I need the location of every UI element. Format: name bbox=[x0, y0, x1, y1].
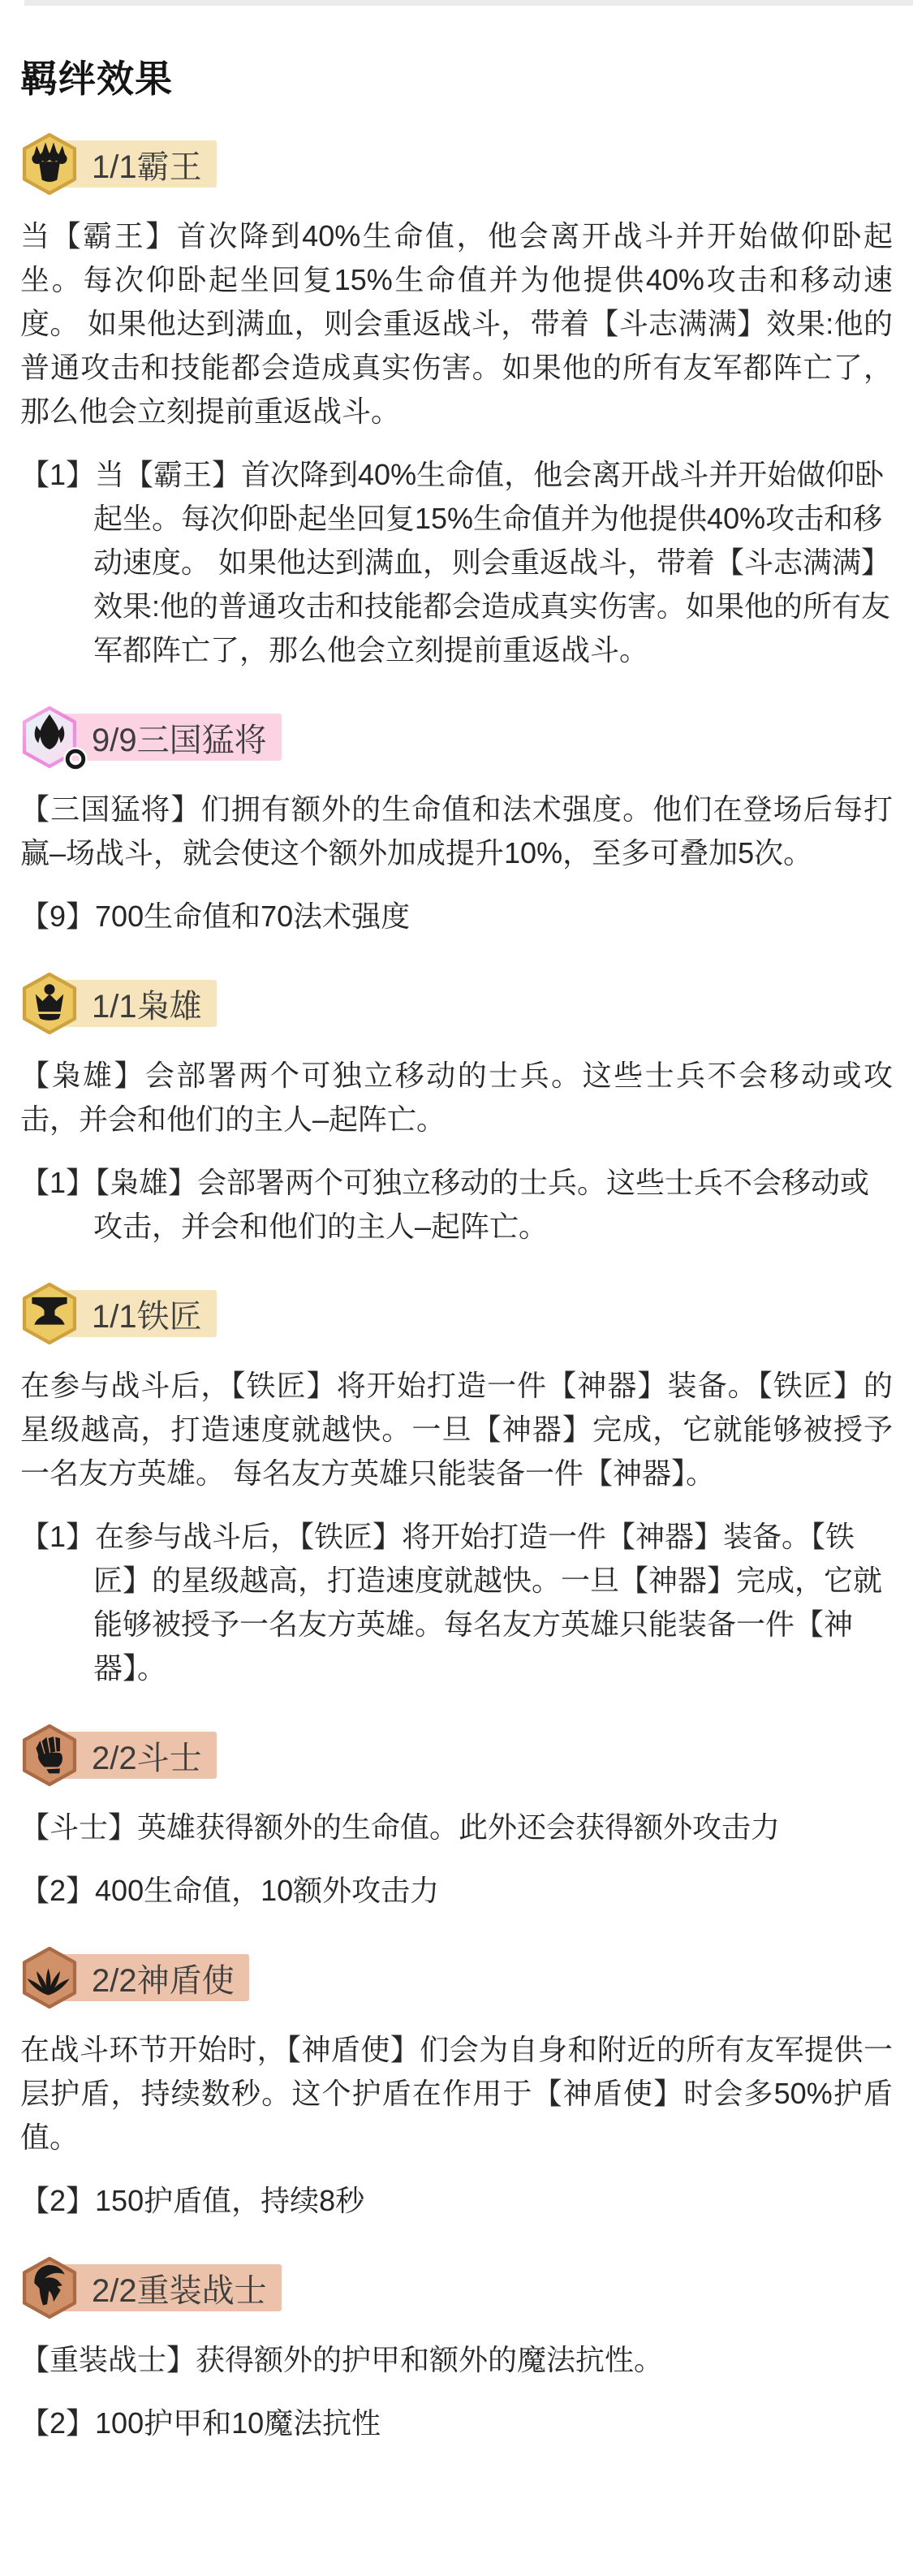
trait-section-tiejiang: 1/1铁匠 在参与战斗后，【铁匠】将开始打造一件【神器】装备。【铁匠】的星级越高… bbox=[20, 1281, 893, 1690]
trait-section-xiaoxiong: 1/1枭雄 【枭雄】会部署两个可独立移动的士兵。这些士兵不会移动或攻击，并会和他… bbox=[20, 971, 893, 1249]
trait-section-doushi: 2/2斗士 【斗士】英雄获得额外的生命值。此外还会获得额外攻击力 【2】400生… bbox=[20, 1723, 893, 1913]
trait-badge-label: 9/9三国猛将 bbox=[56, 714, 282, 761]
bronze-hex-badge bbox=[20, 2256, 79, 2319]
trait-badge: 1/1霸王 bbox=[20, 132, 893, 196]
trait-section-sanguo: 9/9三国猛将 【三国猛将】们拥有额外的生命值和法术强度。他们在登场后每打赢–场… bbox=[20, 705, 893, 938]
breakpoint-text: 150护盾值，持续8秒 bbox=[95, 2184, 364, 2217]
trait-badge: 2/2神盾使 bbox=[20, 1945, 893, 2010]
breakpoint-marker: 【1】 bbox=[20, 1520, 95, 1553]
trait-description: 当【霸王】首次降到40%生命值，他会离开战斗并开始做仰卧起坐。每次仰卧起坐回复1… bbox=[20, 214, 893, 434]
chromatic-ring-icon bbox=[62, 746, 88, 772]
breakpoint-text: 700生命值和70法术强度 bbox=[95, 900, 410, 933]
trait-badge: 1/1枭雄 bbox=[20, 971, 893, 1036]
bronze-hex-badge bbox=[20, 1946, 79, 2009]
page-content: 羁绊效果 bbox=[0, 57, 913, 2445]
trait-section-shendunshi: 2/2神盾使 在战斗环节开始时，【神盾使】们会为自身和附近的所有友军提供一层护盾… bbox=[20, 1945, 893, 2223]
breakpoint-text: 100护甲和10魔法抗性 bbox=[95, 2406, 381, 2440]
breakpoint-text: 当【霸王】首次降到40%生命值，他会离开战斗并开始做仰卧起坐。每次仰卧起坐回复1… bbox=[93, 458, 890, 667]
trait-badge: 2/2斗士 bbox=[20, 1723, 893, 1788]
trait-badge-label: 2/2重装战士 bbox=[56, 2264, 282, 2311]
trait-badge-label: 2/2神盾使 bbox=[56, 1954, 249, 2001]
page-title: 羁绊效果 bbox=[20, 57, 893, 101]
trait-breakpoint: 【1】【枭雄】会部署两个可独立移动的士兵。这些士兵不会移动或攻击，并会和他们的主… bbox=[20, 1161, 893, 1249]
trait-breakpoint: 【1】当【霸王】首次降到40%生命值，他会离开战斗并开始做仰卧起坐。每次仰卧起坐… bbox=[20, 453, 893, 672]
gold-hex-badge bbox=[20, 1282, 79, 1345]
trait-description: 【斗士】英雄获得额外的生命值。此外还会获得额外攻击力 bbox=[20, 1806, 893, 1849]
prismatic-hex-badge bbox=[20, 705, 79, 769]
gold-hex-badge bbox=[20, 132, 79, 196]
trait-description: 【枭雄】会部署两个可独立移动的士兵。这些士兵不会移动或攻击，并会和他们的主人–起… bbox=[20, 1054, 893, 1141]
trait-section-zhongzhuang: 2/2重装战士 【重装战士】获得额外的护甲和额外的魔法抗性。 【2】100护甲和… bbox=[20, 2255, 893, 2445]
breakpoint-marker: 【1】 bbox=[20, 1166, 95, 1199]
trait-badge: 2/2重装战士 bbox=[20, 2255, 893, 2320]
trait-breakpoint: 【2】100护甲和10魔法抗性 bbox=[20, 2401, 893, 2445]
breakpoint-marker: 【1】 bbox=[20, 458, 95, 491]
trait-badge: 9/9三国猛将 bbox=[20, 705, 893, 770]
trait-section-bawang: 1/1霸王 当【霸王】首次降到40%生命值，他会离开战斗并开始做仰卧起坐。每次仰… bbox=[20, 132, 893, 672]
spartan-helmet-icon bbox=[20, 2256, 79, 2319]
breakpoint-marker: 【2】 bbox=[20, 2406, 95, 2440]
top-divider bbox=[24, 0, 913, 6]
gold-hex-badge bbox=[20, 972, 79, 1035]
bronze-hex-badge bbox=[20, 1724, 79, 1787]
breakpoint-marker: 【9】 bbox=[20, 900, 95, 933]
trait-badge-label: 1/1霸王 bbox=[56, 140, 217, 188]
trait-description: 在参与战斗后，【铁匠】将开始打造一件【神器】装备。【铁匠】的星级越高，打造速度就… bbox=[20, 1364, 893, 1495]
trait-badge-label: 1/1枭雄 bbox=[56, 980, 217, 1027]
trait-breakpoint: 【1】在参与战斗后，【铁匠】将开始打造一件【神器】装备。【铁匠】的星级越高，打造… bbox=[20, 1515, 893, 1690]
breakpoint-marker: 【2】 bbox=[20, 1874, 95, 1907]
trait-description: 【重装战士】获得额外的护甲和额外的魔法抗性。 bbox=[20, 2338, 893, 2382]
trait-breakpoint: 【9】700生命值和70法术强度 bbox=[20, 895, 893, 938]
breakpoint-text: 在参与战斗后，【铁匠】将开始打造一件【神器】装备。【铁匠】的星级越高，打造速度就… bbox=[93, 1520, 882, 1685]
trait-breakpoint: 【2】150护盾值，持续8秒 bbox=[20, 2179, 893, 2223]
trait-badge-label: 1/1铁匠 bbox=[56, 1290, 217, 1337]
anvil-icon bbox=[20, 1282, 79, 1345]
breakpoint-text: 400生命值，10额外攻击力 bbox=[95, 1874, 439, 1907]
trait-description: 【三国猛将】们拥有额外的生命值和法术强度。他们在登场后每打赢–场战斗，就会使这个… bbox=[20, 787, 893, 875]
breakpoint-text: 【枭雄】会部署两个可独立移动的士兵。这些士兵不会移动或攻击，并会和他们的主人–起… bbox=[93, 1166, 869, 1243]
trait-description: 在战斗环节开始时，【神盾使】们会为自身和附近的所有友军提供一层护盾，持续数秒。这… bbox=[20, 2028, 893, 2160]
crowned-head-icon bbox=[20, 972, 79, 1035]
breakpoint-marker: 【2】 bbox=[20, 2184, 95, 2217]
fist-icon bbox=[20, 1724, 79, 1787]
trait-badge: 1/1铁匠 bbox=[20, 1281, 893, 1346]
trait-effects-page: 羁绊效果 bbox=[0, 0, 913, 2576]
aegis-fan-icon bbox=[20, 1946, 79, 2009]
trait-badge-label: 2/2斗士 bbox=[56, 1732, 217, 1779]
trait-breakpoint: 【2】400生命值，10额外攻击力 bbox=[20, 1869, 893, 1913]
brass-knuckles-icon bbox=[20, 132, 79, 196]
